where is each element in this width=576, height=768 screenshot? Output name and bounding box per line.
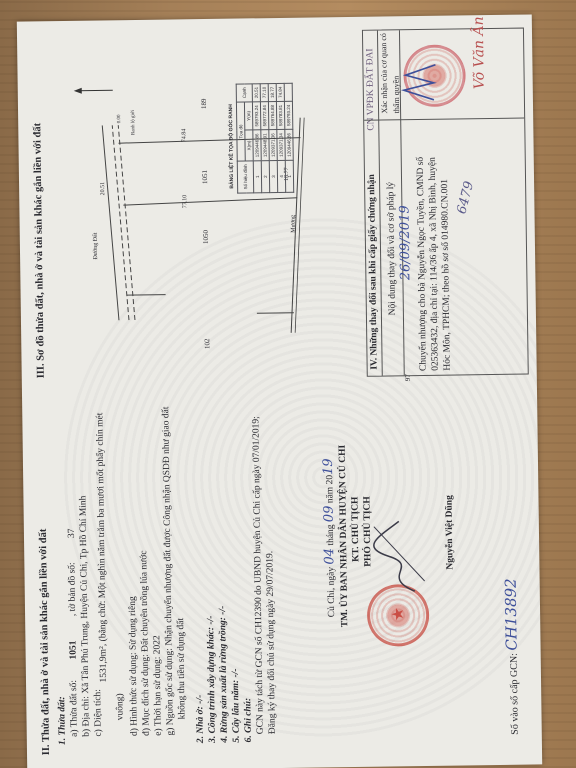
- road-label: Đường Đất: [90, 233, 102, 260]
- signer-name: Nguyễn Việt Dũng: [443, 495, 456, 570]
- rotated-document-canvas: II. Thửa đất, nhà ở và tài sản khác gắn …: [17, 14, 542, 768]
- registry-number: CH13892: [502, 578, 521, 651]
- address-label: b) Địa chỉ:: [81, 696, 92, 737]
- parcel-label-1051: 1051: [199, 170, 211, 184]
- edge-length-right: 74.84: [178, 129, 190, 143]
- parcel-number-label: a) Thửa đất số:: [69, 680, 80, 737]
- parcel-heading: 1. Thửa đất:: [56, 696, 69, 745]
- edge-length-left: 77.10: [179, 195, 191, 209]
- issue-month: 09: [322, 505, 337, 522]
- perennial-item: 5. Cây lâu năm: -/-: [230, 668, 243, 742]
- coordinate-table-caption: BẢNG LIỆT KÊ TỌA ĐỘ GÓC RANH: [228, 104, 235, 189]
- handwritten-signature: [369, 516, 430, 597]
- page-section-2: II. Thửa đất, nhà ở và tài sản khác gắn …: [22, 389, 542, 768]
- area-value-continued: vuông): [114, 693, 126, 720]
- coord-header-vertex: Số hiệu đỉnh: [237, 161, 253, 193]
- issue-day: 04: [322, 548, 337, 565]
- usage-origin-continued: không thu tiền sử dụng đất: [175, 618, 188, 720]
- issue-year: 19: [321, 458, 336, 475]
- parcel-label-102: 102: [201, 338, 213, 349]
- page-section-3-4: III. Sơ đồ thửa đất, nhà ở và tài sản kh…: [17, 14, 537, 396]
- edge-length-top: 20.51: [97, 182, 109, 196]
- signatory-kt: KT. CHỦ TỊCH: [349, 496, 362, 562]
- year-label: năm 20: [325, 475, 335, 503]
- parcel-label-189: 189: [198, 98, 210, 109]
- stamp-header-text: CN VPĐK ĐẤT ĐAI: [364, 48, 377, 130]
- forest-item: 4. Rừng sản xuất là rừng trồng: -/-: [217, 606, 231, 743]
- changes-table: IV. Những thay đổi sau khi cấp giấy chứn…: [362, 28, 529, 377]
- notes-heading: 6. Ghi chú:: [242, 698, 255, 743]
- coord-header-edge: Cạnh: [236, 83, 252, 101]
- note-line-2: Đăng ký thay đổi chủ sử dụng ngày 29/07/…: [264, 551, 279, 734]
- registry-number-row: Số vào sổ cấp GCN: CH13892: [505, 578, 522, 735]
- road-edge-label: Ranh lộ giới: [128, 110, 140, 135]
- month-label: tháng: [326, 524, 336, 545]
- map-sheet-label: , tờ bản đồ số:: [67, 562, 78, 616]
- issue-date-line: Củ Chi, ngày 04 tháng 09 năm 2019: [323, 458, 338, 617]
- table-row: 11209446.86589793.24: [284, 83, 294, 192]
- canal-label: Mương: [288, 215, 300, 233]
- address-row: b) Địa chỉ: Xã Tân Phú Trung, Huyện Củ C…: [77, 496, 92, 737]
- area-label: c) Diện tích:: [92, 689, 105, 737]
- house-item: 2. Nhà ở: -/-: [194, 695, 207, 744]
- area-value: 1531,9m², (bằng chữ: Một nghìn năm trăm …: [94, 413, 110, 683]
- road-width: 0.00: [114, 114, 126, 123]
- address-value: Xã Tân Phú Trung, Huyện Củ Chi, Tp Hồ Ch…: [78, 496, 91, 694]
- section-2-title: II. Thửa đất, nhà ở và tài sản khác gắn …: [38, 529, 52, 756]
- changes-col1-header: Nội dung thay đổi và cơ sở pháp lý: [385, 182, 399, 316]
- parcel-label-1050: 1050: [200, 230, 212, 244]
- officer-handwritten-name: Võ Văn Ân: [473, 16, 486, 89]
- officer-signature: [393, 35, 454, 106]
- certificate-sheet: II. Thửa đất, nhà ở và tài sản khác gắn …: [17, 14, 542, 768]
- change-entry-date: 26/09/2019: [399, 205, 412, 280]
- north-arrow-icon: [74, 87, 113, 94]
- registry-label: Số vào sổ cấp GCN:: [509, 653, 521, 735]
- coordinate-table: Số hiệu đỉnh Tọa độ Cạnh X(m) Y(m) 11209…: [236, 82, 295, 193]
- seal-star-icon: ★: [388, 607, 408, 622]
- map-sheet-number: 37: [67, 528, 77, 538]
- date-prefix: Củ Chi, ngày: [326, 567, 337, 618]
- parcel-number: 1051: [68, 641, 78, 660]
